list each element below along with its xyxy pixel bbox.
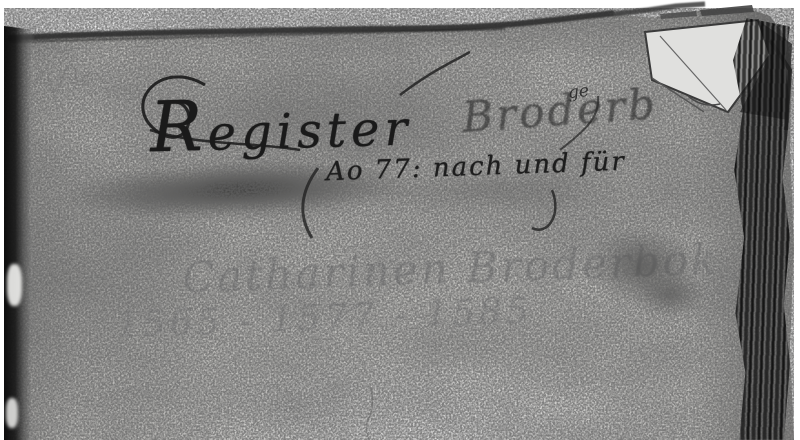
ink-superscript: ge (567, 81, 590, 103)
scanned-register-cover: Catharinen Broderbok 1565 - 1577 - 1585 (0, 0, 800, 440)
spine-light-patch (7, 264, 22, 306)
book-cover-board (4, 8, 794, 440)
spine-light-patch-small (6, 398, 18, 428)
